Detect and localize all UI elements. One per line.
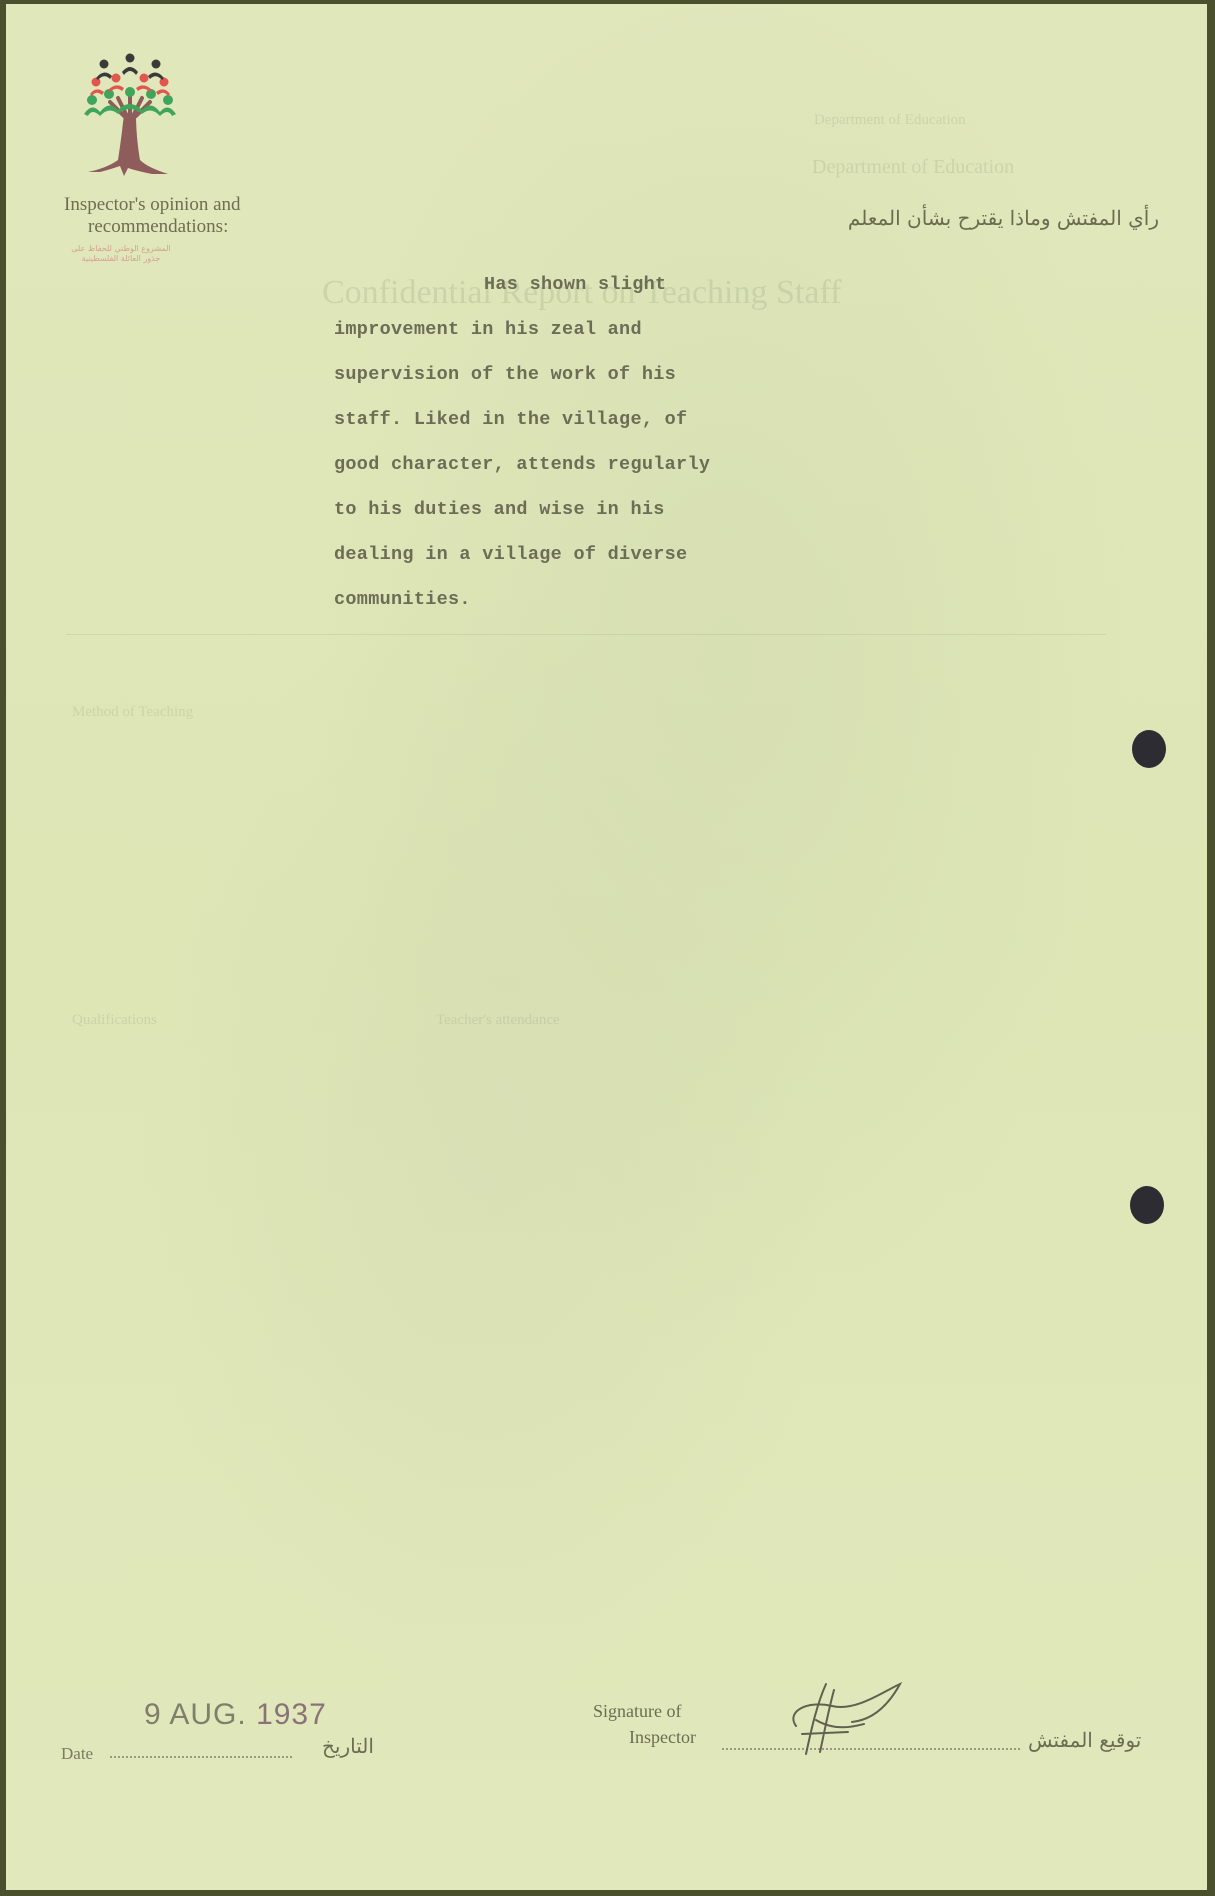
- remark-line: supervision of the work of his: [334, 352, 710, 397]
- signature-label: Signature of Inspector: [593, 1698, 696, 1750]
- remark-line: improvement in his zeal and: [334, 307, 710, 352]
- remark-line: to his duties and wise in his: [334, 487, 710, 532]
- tree-logo-icon: [80, 52, 180, 187]
- remark-line: good character, attends regularly: [334, 442, 710, 487]
- document-page: Department of Education Department of Ed…: [6, 4, 1207, 1890]
- signature-label-line: Inspector: [593, 1724, 696, 1750]
- watermark-org-name: المشروع الوطني للحفاظ على جذور العائلة ا…: [46, 244, 196, 264]
- watermark-line: جذور العائلة الفلسطينية: [46, 254, 196, 264]
- bleed-through-text: Qualifications: [72, 1012, 157, 1029]
- section-label-english: Inspector's opinion and recommendations:: [64, 194, 241, 238]
- watermark-line: المشروع الوطني للحفاظ على: [46, 244, 196, 254]
- bleed-through-rule: [66, 634, 1106, 635]
- signature-label-arabic: توقيع المفتش: [1028, 1728, 1141, 1752]
- typed-remarks: Has shown slight improvement in his zeal…: [334, 262, 710, 622]
- section-label-arabic: رأي المفتش وماذا يقترح بشأن المعلم: [848, 206, 1159, 230]
- date-stamp-year: 1937: [256, 1698, 327, 1731]
- remark-line: dealing in a village of diverse: [334, 532, 710, 577]
- date-stamp-day-month: 9 AUG.: [144, 1698, 247, 1731]
- handwritten-signature-icon: [776, 1676, 916, 1756]
- bleed-through-text: Teacher's attendance: [436, 1012, 560, 1029]
- bleed-through-text: Department of Education: [812, 156, 1014, 179]
- signature-label-line: Signature of: [593, 1701, 681, 1721]
- remark-line: Has shown slight: [334, 262, 710, 307]
- date-label-arabic: التاريخ: [322, 1734, 374, 1758]
- date-stamp: 9 AUG. 1937: [144, 1698, 327, 1732]
- remark-line: communities.: [334, 577, 710, 622]
- punch-hole: [1132, 730, 1166, 768]
- bleed-through-text: Department of Education: [814, 112, 966, 129]
- bleed-through-text: Method of Teaching: [72, 704, 193, 721]
- section-label-line: Inspector's opinion and: [64, 194, 241, 215]
- section-label-line: recommendations:: [64, 216, 241, 238]
- punch-hole: [1130, 1186, 1164, 1224]
- date-label: Date: [61, 1744, 93, 1764]
- remark-line: staff. Liked in the village, of: [334, 397, 710, 442]
- date-dotted-line: [110, 1756, 292, 1758]
